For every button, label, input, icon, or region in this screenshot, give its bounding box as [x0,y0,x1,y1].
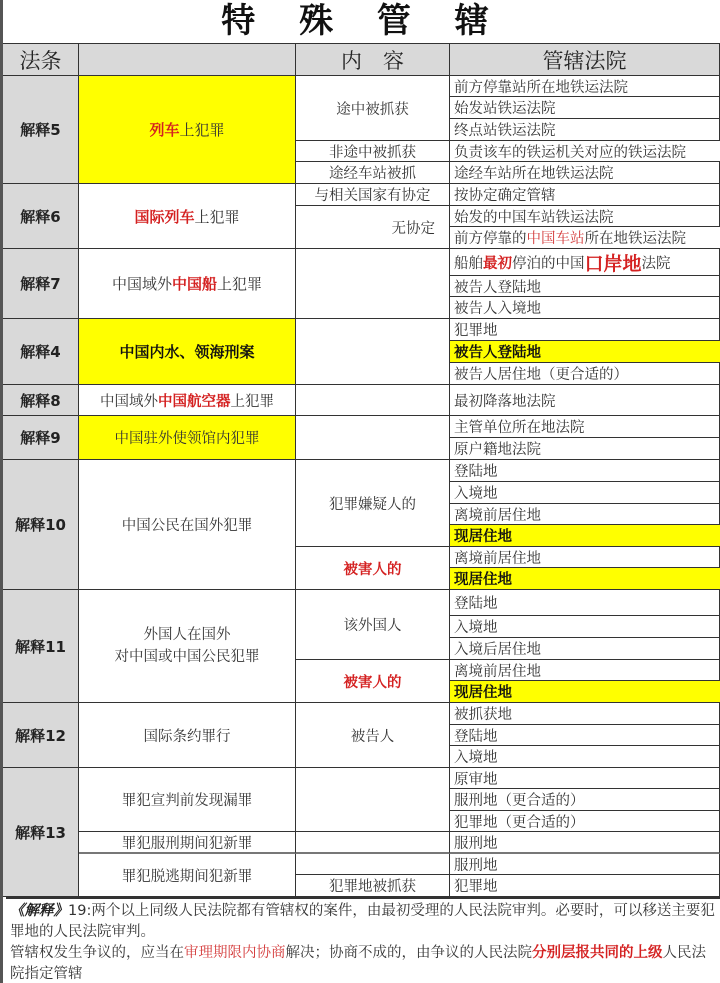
court-item: 入境地 [450,482,720,504]
case-text: 中国域外 [100,390,158,411]
court-item: 犯罪地（更合适的） [450,811,720,832]
court-item: 离境前居住地 [450,504,720,525]
case-text: 上犯罪 [217,273,262,294]
court-text: 法院 [642,252,671,273]
case-cell: 国际条约罪行 [79,703,296,768]
sub-condition-empty [296,832,450,854]
sub-condition-empty [296,854,450,875]
footer-paragraph-1: 《解释》19:两个以上同级人民法院都有管辖权的案件，由最初受理的人民法院审判。必… [10,901,719,943]
law-label: 解释10 [3,460,79,590]
case-cell: 罪犯脱逃期间犯新罪 [79,854,296,897]
court-item-highlight: 现居住地 [450,681,720,703]
court-item: 入境后居住地 [450,638,720,660]
sub-condition: 该外国人 [296,590,450,660]
page-title: 特 殊 管 辖 [3,0,720,43]
law-label: 解释8 [3,385,79,416]
law-label: 解释9 [3,416,79,460]
court-item: 犯罪地 [450,875,720,897]
footer-text: 19:两个以上同级人民法院都有管辖权的案件，由最初受理的人民法院审判。必要时，可… [10,903,715,940]
court-item: 始发站铁运法院 [450,97,720,119]
case-cell: 外国人在国外 对中国或中国公民犯罪 [79,590,296,703]
court-highlight: 最初 [483,252,512,273]
sub-condition: 与相关国家有协定 [296,184,450,206]
sub-condition-empty [296,768,450,832]
case-cell: 列车上犯罪 [79,76,296,184]
case-text: 外国人在国外 [144,624,231,646]
case-text: 上犯罪 [195,206,240,227]
case-cell: 中国公民在国外犯罪 [79,460,296,590]
footer-note: 《解释》19:两个以上同级人民法院都有管辖权的案件，由最初受理的人民法院审判。必… [6,897,720,983]
case-cell: 罪犯宣判前发现漏罪 [79,768,296,832]
court-item: 登陆地 [450,725,720,746]
law-label: 解释5 [3,76,79,184]
sub-condition: 犯罪地被抓获 [296,875,450,897]
law-label: 解释7 [3,249,79,319]
court-item: 被告人居住地（更合适的） [450,363,720,385]
court-item-highlight: 现居住地 [450,525,720,547]
case-highlight: 国际列车 [134,206,194,227]
court-item: 途经车站所在地铁运法院 [450,162,720,184]
law-label: 解释11 [3,590,79,703]
court-text: 停泊的中国 [512,252,585,273]
court-item: 按协定确定管辖 [450,184,720,206]
header-blank [79,43,296,76]
sub-condition-empty [296,319,450,385]
court-item: 服刑地 [450,854,720,875]
court-item: 被抓获地 [450,703,720,725]
case-text: 上犯罪 [231,390,275,411]
court-item: 登陆地 [450,460,720,482]
court-item-highlight: 现居住地 [450,568,720,590]
case-highlight: 中国航空器 [158,390,231,411]
case-text: 上犯罪 [180,119,225,140]
court-item-highlight: 被告人登陆地 [450,341,720,363]
court-item: 犯罪地 [450,319,720,341]
case-cell: 国际列车上犯罪 [79,184,296,249]
court-item: 入境地 [450,746,720,768]
court-item: 船舶最初停泊的中国口岸地法院 [450,249,720,276]
court-item: 前方停靠的中国车站所在地铁运法院 [450,227,720,249]
court-item: 离境前居住地 [450,547,720,568]
court-item: 最初降落地法院 [450,385,720,416]
court-item: 终点站铁运法院 [450,119,720,141]
court-item: 负责该车的铁运机关对应的铁运法院 [450,141,720,162]
law-label: 解释12 [3,703,79,768]
court-highlight: 口岸地 [585,249,642,276]
case-cell: 中国内水、领海刑案 [79,319,296,385]
case-text: 中国域外 [112,273,172,294]
court-item: 被告人入境地 [450,297,720,319]
sub-condition-empty [296,416,450,460]
sub-condition: 犯罪嫌疑人的 [296,460,450,547]
law-label: 解释4 [3,319,79,385]
sub-condition: 无协定 [296,206,450,249]
court-item: 离境前居住地 [450,660,720,681]
court-item: 前方停靠站所在地铁运法院 [450,76,720,97]
sub-condition-highlight: 被害人的 [296,660,450,703]
footer-label: 《解释》 [10,903,68,919]
case-cell: 罪犯服刑期间犯新罪 [79,832,296,854]
header-court: 管辖法院 [450,43,720,76]
footer-text: 管辖权发生争议的，应当在 [10,945,184,961]
case-highlight: 中国船 [172,273,217,294]
case-cell: 中国驻外使领馆内犯罪 [79,416,296,460]
case-text: 对中国或中国公民犯罪 [115,646,260,668]
court-item: 主管单位所在地法院 [450,416,720,438]
header-content: 内 容 [296,43,450,76]
court-item: 被告人登陆地 [450,276,720,297]
jurisdiction-table-page: 特 殊 管 辖 法条 内 容 管辖法院 解释5 列车上犯罪 途中被抓获 非途中被… [0,0,720,983]
court-text: 所在地铁运法院 [585,227,687,248]
sub-condition-highlight: 被害人的 [296,547,450,590]
court-item: 原审地 [450,768,720,789]
footer-highlight: 分别层报共同的上级 [532,945,663,961]
court-item: 登陆地 [450,590,720,616]
court-text: 前方停靠的 [454,227,527,248]
law-label: 解释6 [3,184,79,249]
case-cell: 中国域外中国船上犯罪 [79,249,296,319]
header-law: 法条 [3,43,79,76]
sub-condition: 途经车站被抓 [296,162,450,184]
case-highlight: 列车 [149,119,179,140]
court-item: 服刑地 [450,832,720,854]
court-highlight: 中国车站 [527,227,585,248]
court-item: 入境地 [450,616,720,638]
footer-paragraph-2: 管辖权发生争议的，应当在审理期限内协商解决；协商不成的，由争议的人民法院分别层报… [10,943,719,983]
footer-highlight: 审理期限内协商 [184,945,286,961]
sub-condition: 途中被抓获 [296,76,450,141]
court-item: 原户籍地法院 [450,438,720,460]
court-text: 船舶 [454,252,483,273]
sub-condition: 被告人 [296,703,450,768]
case-cell: 中国域外中国航空器上犯罪 [79,385,296,416]
sub-condition-empty [296,385,450,416]
footer-text: 解决；协商不成的，由争议的人民法院 [286,945,533,961]
sub-condition-empty [296,249,450,319]
court-item: 始发的中国车站铁运法院 [450,206,720,227]
court-item: 服刑地（更合适的） [450,789,720,811]
sub-condition: 非途中被抓获 [296,141,450,162]
law-label: 解释13 [3,768,79,897]
